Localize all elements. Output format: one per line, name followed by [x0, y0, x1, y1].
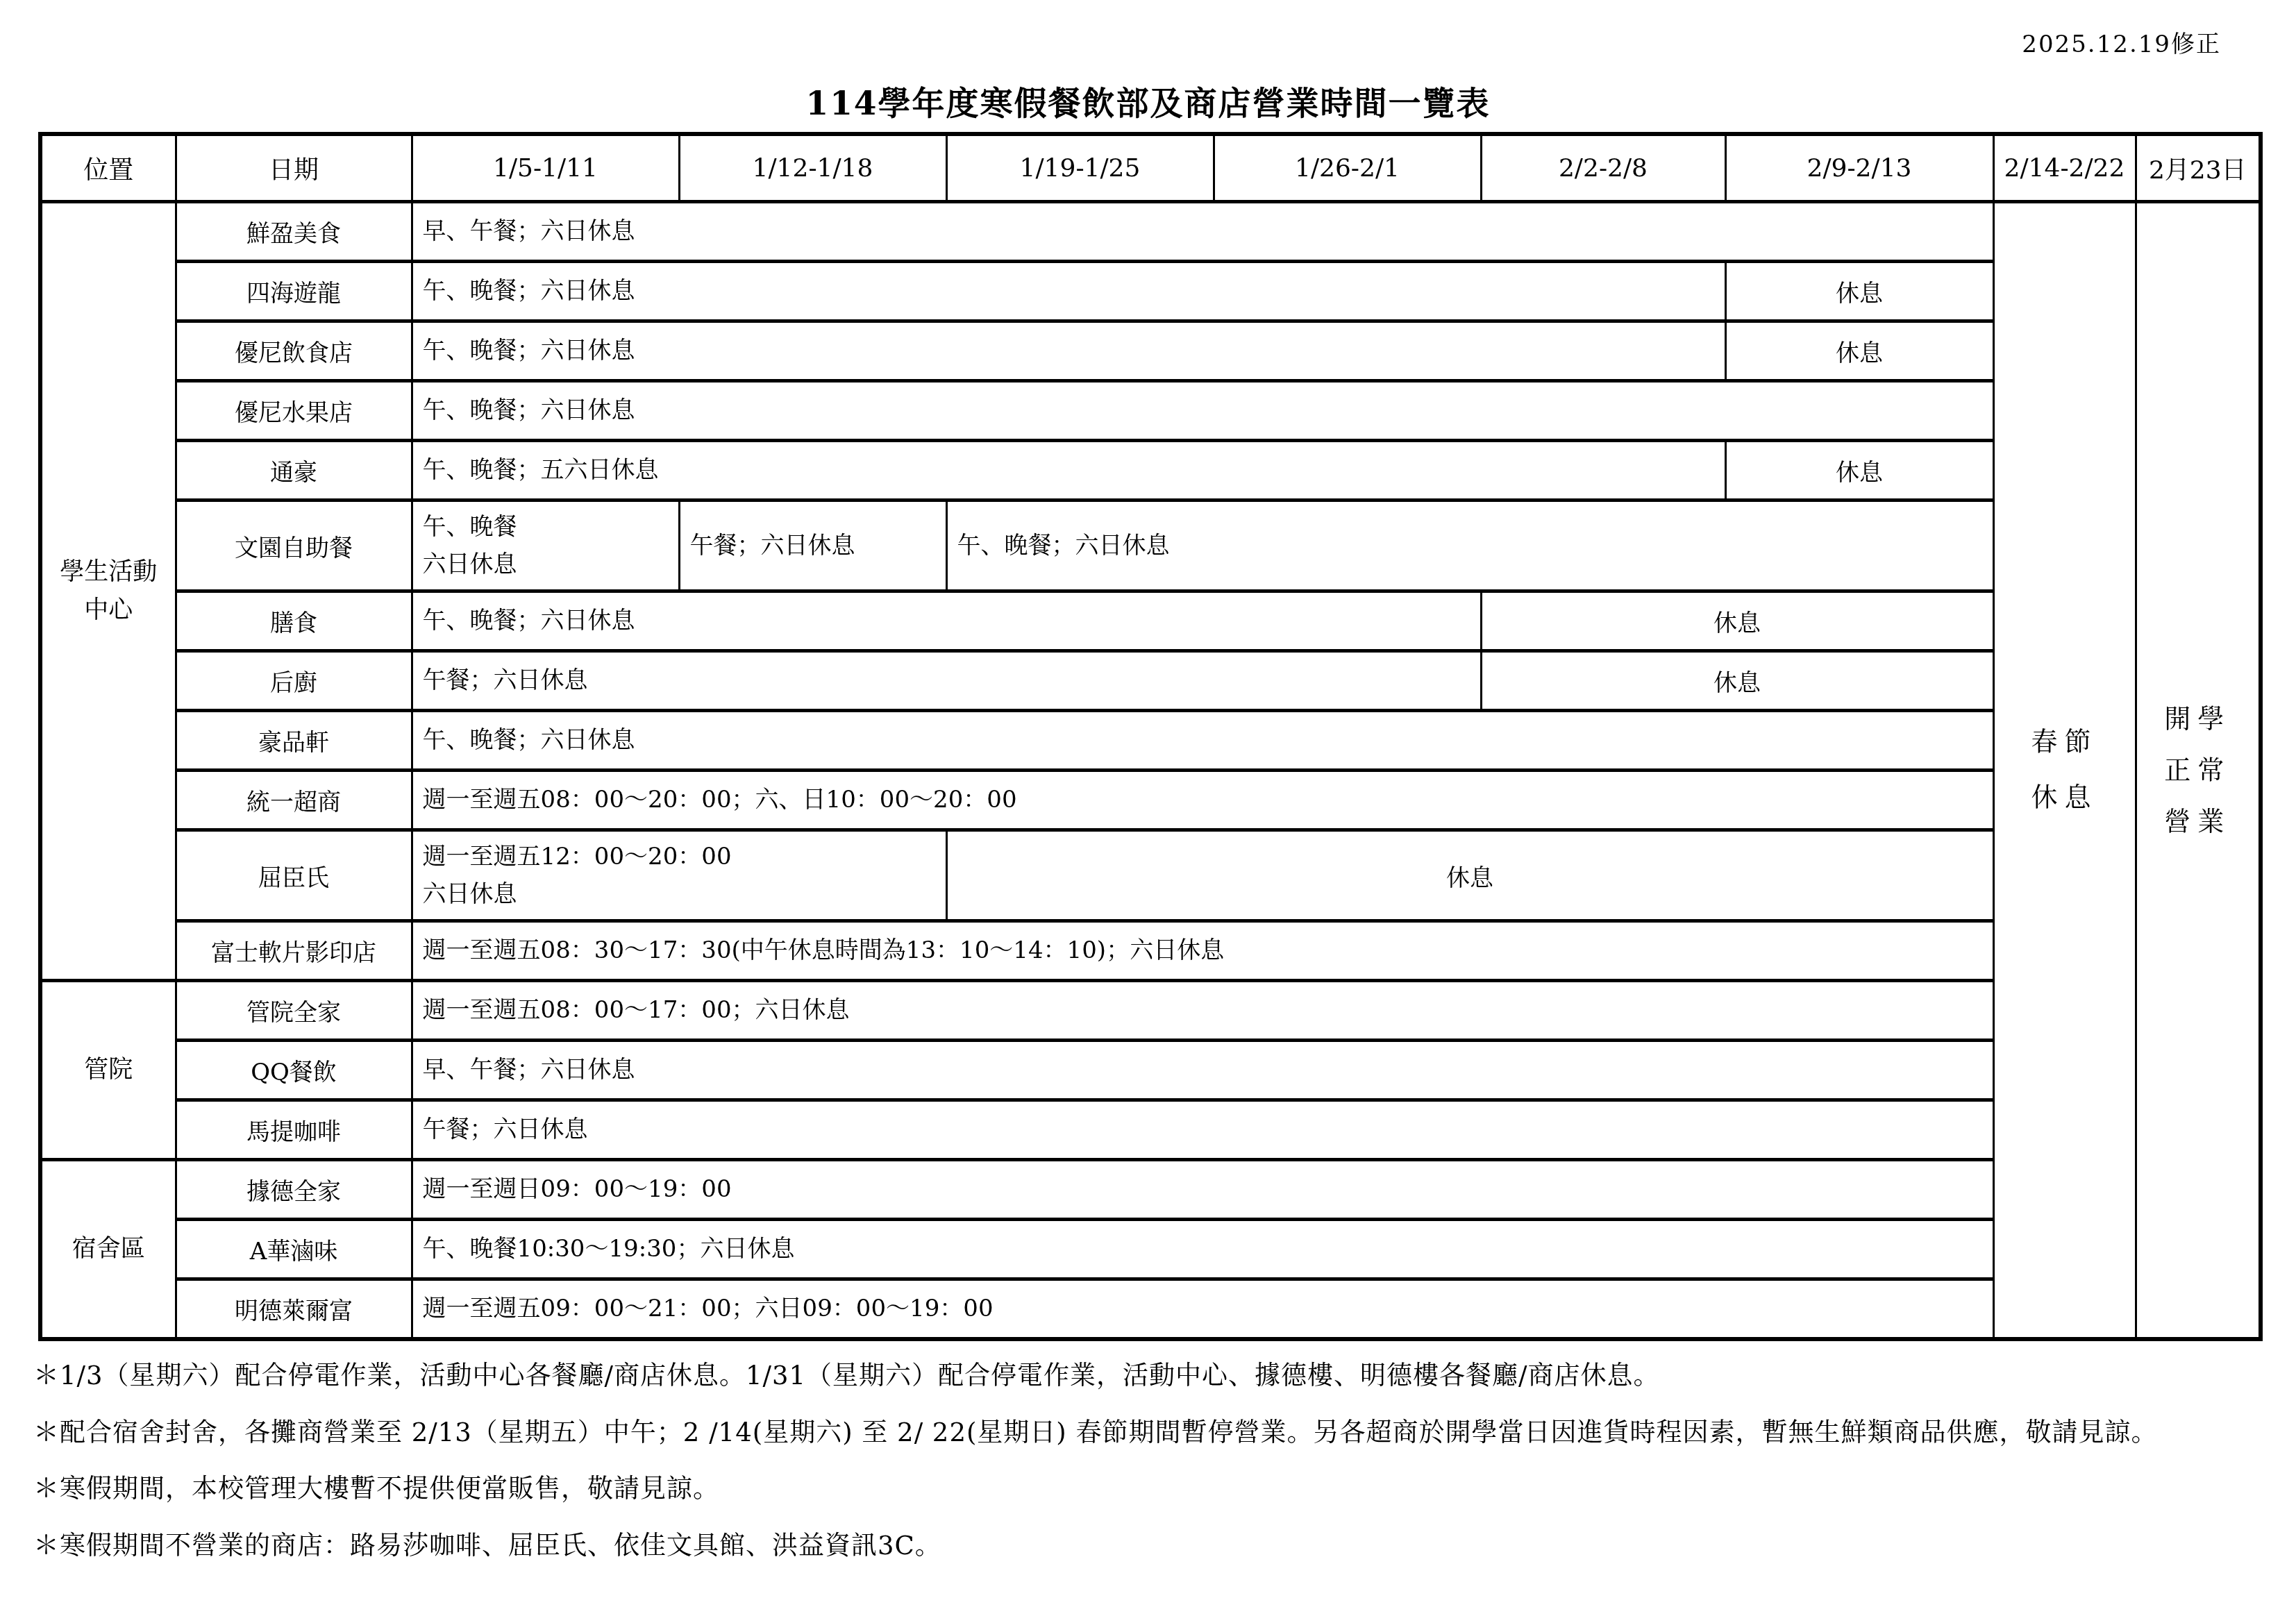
schedule-table: 位置日期1/5-1/111/12-1/181/19-1/251/26-2/12/… [38, 132, 2263, 1341]
schedule-tbody: 學生活動 中心鮮盈美食早、午餐；六日休息春節 休息開學 正常 營業四海遊龍午、晚… [40, 202, 2261, 1339]
table-row: A華滷味午、晚餐10:30～19:30；六日休息 [40, 1220, 2261, 1279]
table-row: 宿舍區據德全家週一至週日09：00～19：00 [40, 1160, 2261, 1220]
table-row: 后廚午餐；六日休息休息 [40, 651, 2261, 711]
footnote-4: ＊寒假期間不營業的商店：路易莎咖啡、屈臣氏、依佳文具館、洪益資訊3C。 [33, 1532, 2276, 1561]
table-row: 四海遊龍午、晚餐；六日休息休息 [40, 262, 2261, 321]
schedule-cell: 週一至週五09：00～21：00；六日09：00～19：00 [412, 1279, 1993, 1339]
store-name-cell: 通豪 [176, 441, 412, 501]
revision-note: 2025.12.19修正 [2022, 25, 2221, 59]
store-name-cell: 膳食 [176, 591, 412, 651]
column-header-8: 2/14-2/22 [1993, 134, 2136, 202]
footnote-1: ＊1/3（星期六）配合停電作業，活動中心各餐廳/商店休息。1/31（星期六）配合… [33, 1362, 2276, 1390]
schedule-cell: 週一至週五08：00～17：00；六日休息 [412, 981, 1993, 1041]
schedule-cell: 午餐；六日休息 [412, 1100, 1993, 1160]
table-header: 位置日期1/5-1/111/12-1/181/19-1/251/26-2/12/… [40, 134, 2261, 202]
store-name-cell: 四海遊龍 [176, 262, 412, 321]
store-name-cell: 統一超商 [176, 771, 412, 830]
footnotes: ＊1/3（星期六）配合停電作業，活動中心各餐廳/商店休息。1/31（星期六）配合… [33, 1362, 2276, 1589]
opening-day-cell: 開學 正常 營業 [2136, 202, 2261, 1339]
store-name-cell: 馬提咖啡 [176, 1100, 412, 1160]
table-row: 優尼水果店午、晚餐；六日休息 [40, 381, 2261, 441]
schedule-cell: 午、晚餐；六日休息 [412, 381, 1993, 441]
page-title: 114學年度寒假餐飲部及商店營業時間一覽表 [0, 78, 2296, 124]
location-cell: 學生活動 中心 [40, 202, 176, 981]
location-cell: 管院 [40, 981, 176, 1160]
rest-cell: 休息 [946, 830, 1993, 921]
column-header-5: 1/26-2/1 [1214, 134, 1481, 202]
schedule-cell: 週一至週五08：30～17：30(中午休息時間為13：10～14：10)；六日休… [412, 921, 1993, 981]
store-name-cell: 據德全家 [176, 1160, 412, 1220]
column-header-2: 1/5-1/11 [412, 134, 679, 202]
schedule-cell: 週一至週五12：00～20：00 六日休息 [412, 830, 946, 921]
schedule-cell: 午、晚餐；六日休息 [946, 501, 1993, 591]
table-row: QQ餐飲早、午餐；六日休息 [40, 1041, 2261, 1100]
table-row: 文園自助餐午、晚餐 六日休息午餐；六日休息午、晚餐；六日休息 [40, 501, 2261, 591]
store-name-cell: QQ餐飲 [176, 1041, 412, 1100]
column-header-9: 2月23日 [2136, 134, 2261, 202]
table-row: 馬提咖啡午餐；六日休息 [40, 1100, 2261, 1160]
schedule-cell: 午、晚餐10:30～19:30；六日休息 [412, 1220, 1993, 1279]
rest-cell: 休息 [1481, 651, 1993, 711]
schedule-cell: 午、晚餐 六日休息 [412, 501, 679, 591]
location-cell: 宿舍區 [40, 1160, 176, 1339]
store-name-cell: 優尼水果店 [176, 381, 412, 441]
spring-break-cell: 春節 休息 [1993, 202, 2136, 1339]
column-header-0: 位置 [40, 134, 176, 202]
rest-cell: 休息 [1481, 591, 1993, 651]
store-name-cell: 管院全家 [176, 981, 412, 1041]
store-name-cell: 文園自助餐 [176, 501, 412, 591]
column-header-1: 日期 [176, 134, 412, 202]
footnote-2: ＊配合宿舍封舍，各攤商營業至 2/13（星期五）中午；2 /14(星期六) 至 … [33, 1419, 2276, 1447]
table-row: 富士軟片影印店週一至週五08：30～17：30(中午休息時間為13：10～14：… [40, 921, 2261, 981]
schedule-cell: 午、晚餐；五六日休息 [412, 441, 1725, 501]
rest-cell: 休息 [1725, 441, 1993, 501]
header-row: 位置日期1/5-1/111/12-1/181/19-1/251/26-2/12/… [40, 134, 2261, 202]
store-name-cell: A華滷味 [176, 1220, 412, 1279]
table-row: 優尼飲食店午、晚餐；六日休息休息 [40, 321, 2261, 381]
column-header-4: 1/19-1/25 [946, 134, 1214, 202]
schedule-cell: 午、晚餐；六日休息 [412, 711, 1993, 771]
table-row: 學生活動 中心鮮盈美食早、午餐；六日休息春節 休息開學 正常 營業 [40, 202, 2261, 262]
store-name-cell: 鮮盈美食 [176, 202, 412, 262]
schedule-cell: 午餐；六日休息 [412, 651, 1481, 711]
table-row: 屈臣氏週一至週五12：00～20：00 六日休息休息 [40, 830, 2261, 921]
table-row: 管院管院全家週一至週五08：00～17：00；六日休息 [40, 981, 2261, 1041]
store-name-cell: 豪品軒 [176, 711, 412, 771]
column-header-6: 2/2-2/8 [1481, 134, 1725, 202]
store-name-cell: 優尼飲食店 [176, 321, 412, 381]
schedule-cell: 午、晚餐；六日休息 [412, 321, 1725, 381]
column-header-3: 1/12-1/18 [679, 134, 946, 202]
schedule-cell: 午、晚餐；六日休息 [412, 262, 1725, 321]
column-header-7: 2/9-2/13 [1725, 134, 1993, 202]
rest-cell: 休息 [1725, 262, 1993, 321]
schedule-cell: 午、晚餐；六日休息 [412, 591, 1481, 651]
table-row: 豪品軒午、晚餐；六日休息 [40, 711, 2261, 771]
footnote-3: ＊寒假期間，本校管理大樓暫不提供便當販售，敬請見諒。 [33, 1475, 2276, 1504]
schedule-cell: 週一至週日09：00～19：00 [412, 1160, 1993, 1220]
store-name-cell: 后廚 [176, 651, 412, 711]
schedule-cell: 早、午餐；六日休息 [412, 1041, 1993, 1100]
store-name-cell: 富士軟片影印店 [176, 921, 412, 981]
schedule-cell: 週一至週五08：00～20：00；六、日10：00～20：00 [412, 771, 1993, 830]
table-row: 明德萊爾富週一至週五09：00～21：00；六日09：00～19：00 [40, 1279, 2261, 1339]
store-name-cell: 屈臣氏 [176, 830, 412, 921]
schedule-cell: 午餐；六日休息 [679, 501, 946, 591]
table-row: 膳食午、晚餐；六日休息休息 [40, 591, 2261, 651]
rest-cell: 休息 [1725, 321, 1993, 381]
table-row: 統一超商週一至週五08：00～20：00；六、日10：00～20：00 [40, 771, 2261, 830]
table-row: 通豪午、晚餐；五六日休息休息 [40, 441, 2261, 501]
schedule-cell: 早、午餐；六日休息 [412, 202, 1993, 262]
store-name-cell: 明德萊爾富 [176, 1279, 412, 1339]
